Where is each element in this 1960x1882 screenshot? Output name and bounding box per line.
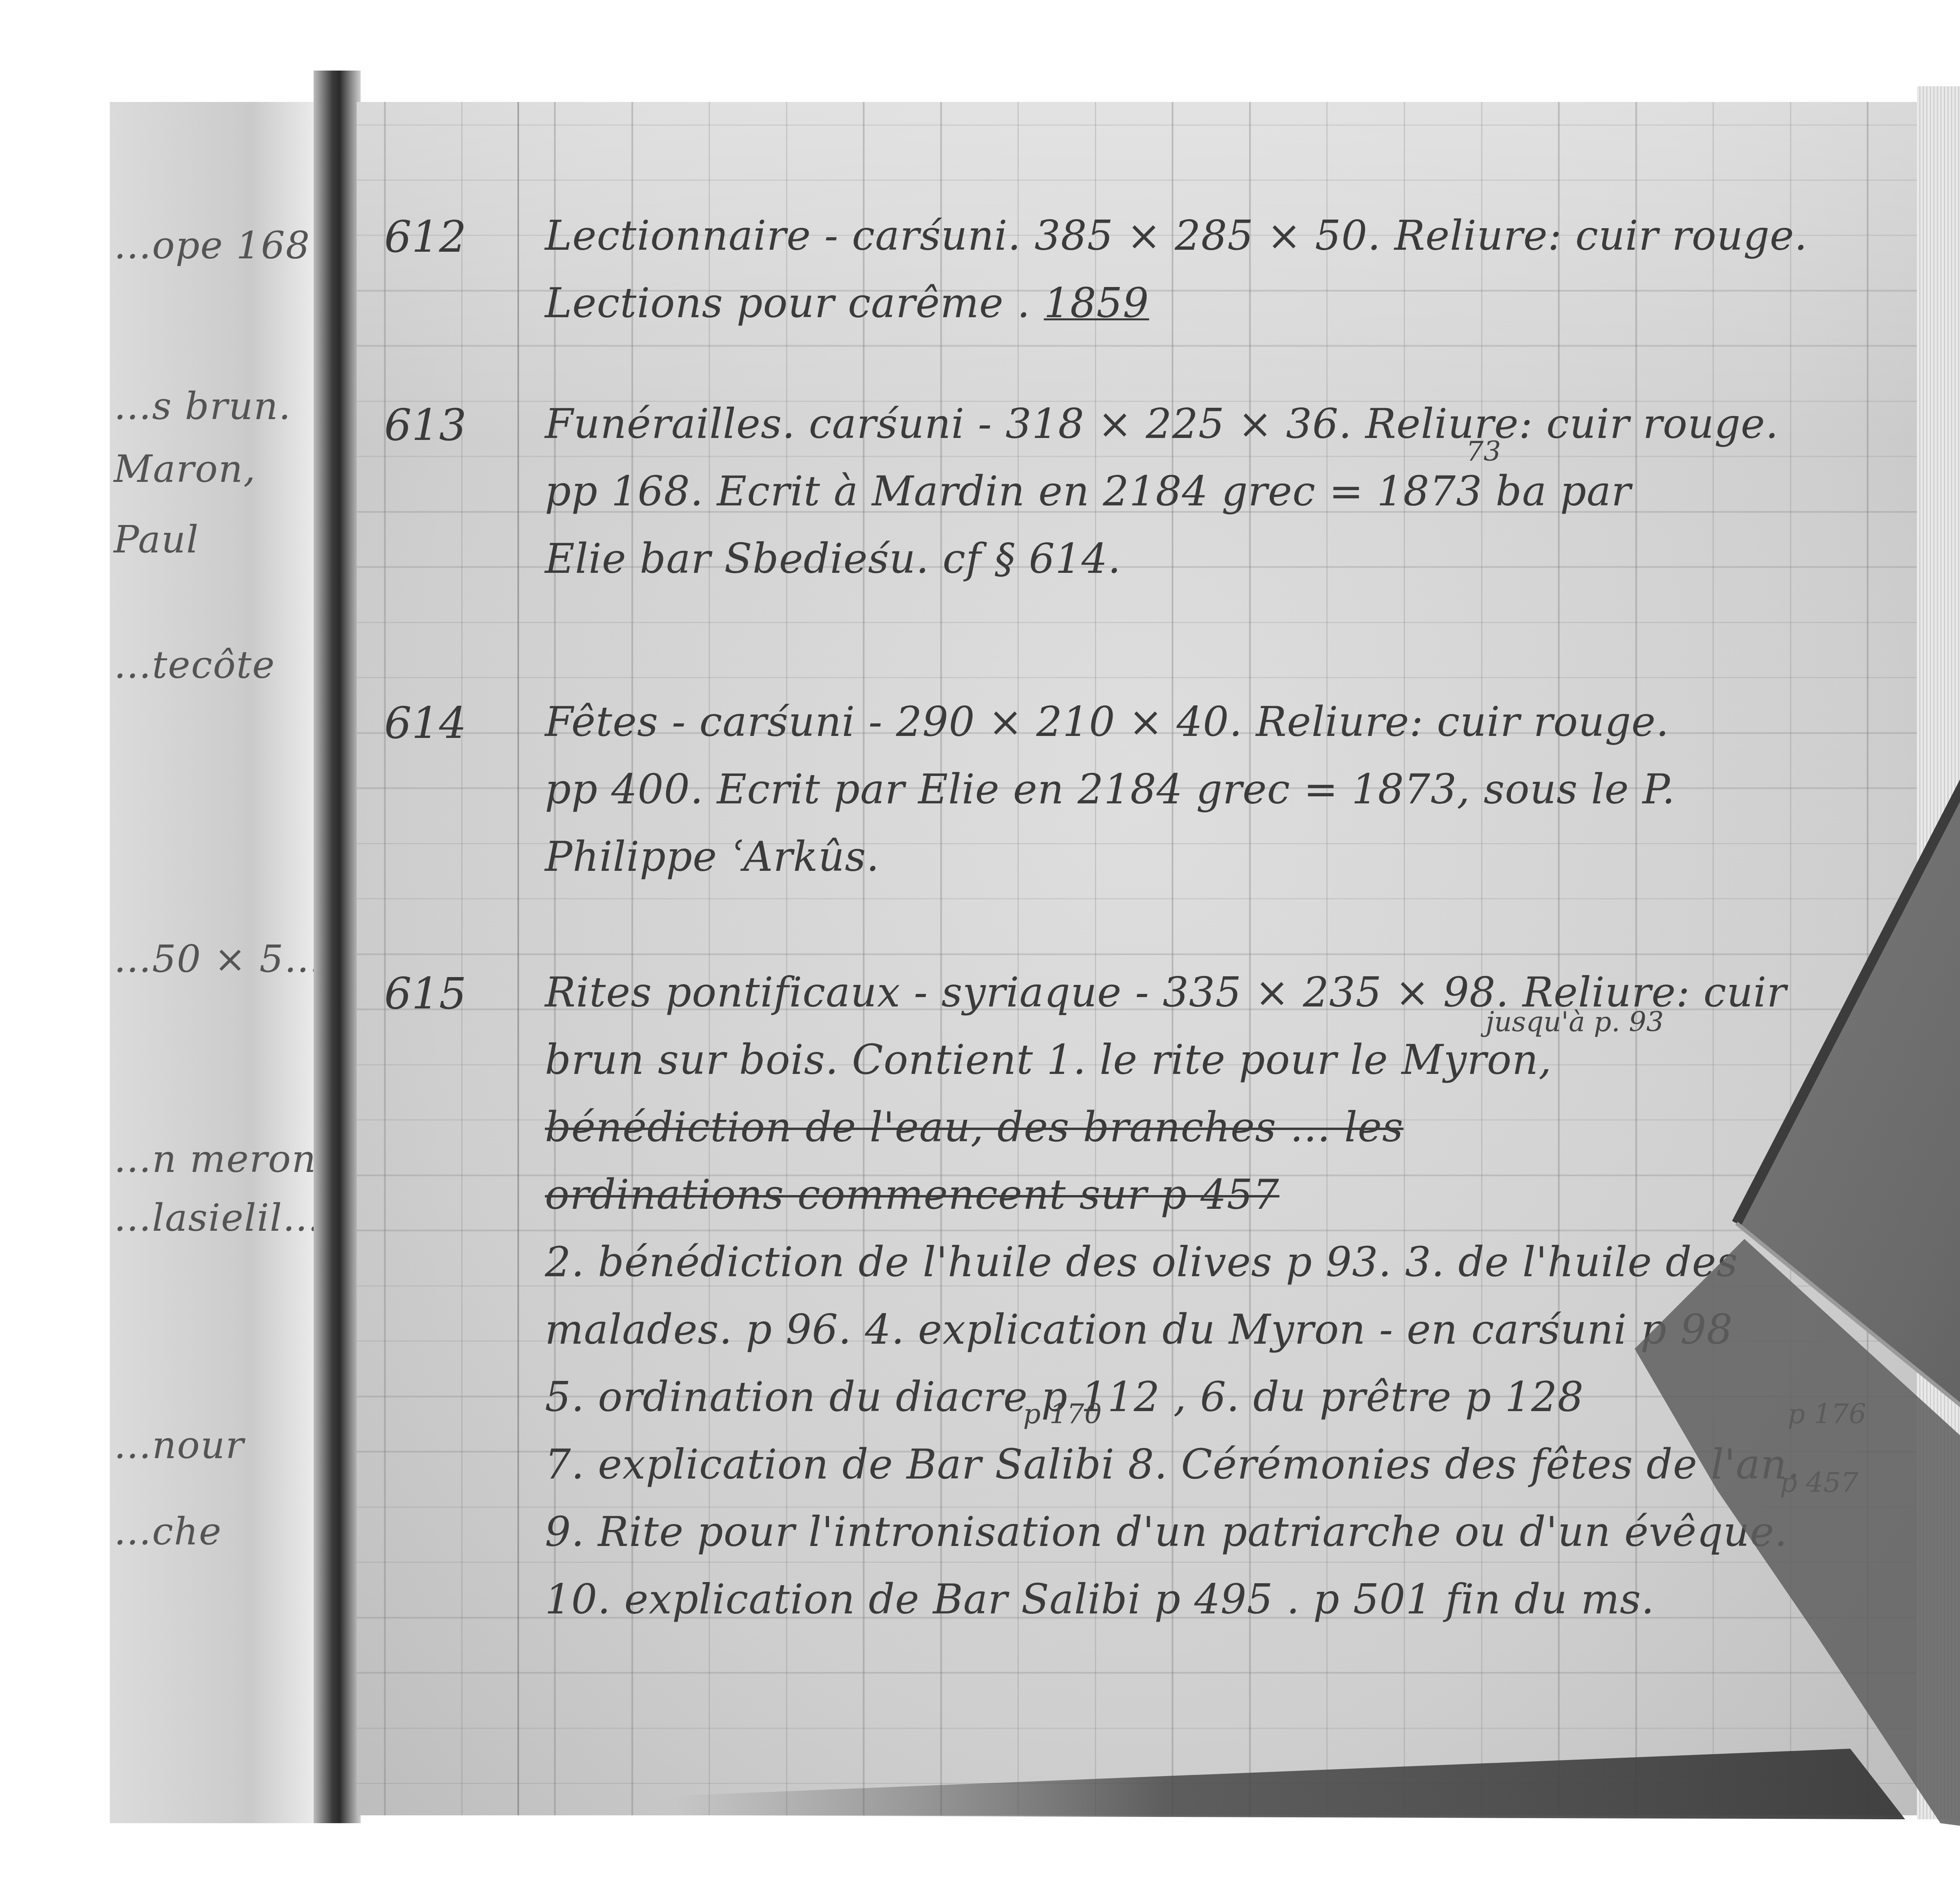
entry-line-text: brun sur bois. Contient 1. le rite pour … [545,1036,1552,1084]
left-page-fragment: …50 × 5… [114,937,323,981]
entry-line: brun sur bois. Contient 1. le rite pour … [545,1036,1552,1084]
entry-line-text: Funérailles. carśuni - 318 × 225 × 36. R… [545,400,1779,448]
entry-line-text: 10. explication de Bar Salibi p 495 . p … [545,1575,1655,1623]
notebook-photo: …ope 1687…s brun.Maron,Paul…tecôte…50 × … [0,0,1960,1882]
entry-line: 10. explication de Bar Salibi p 495 . p … [545,1575,1655,1623]
entry-line: Lectionnaire - carśuni. 385 × 285 × 50. … [545,212,1808,260]
entry-line-text: pp 168. Ecrit à Mardin en 2184 grec = 18… [545,467,1631,515]
entry-line-text: malades. p 96. 4. explication du Myron -… [545,1306,1733,1353]
entry-line-text: Lectionnaire - carśuni. 385 × 285 × 50. … [545,212,1808,260]
grid-vertical-lines [357,102,1917,1815]
left-page-fragment: …ope 1687 [114,223,335,267]
struck-entry-line: bénédiction de l'eau, des branches … les [545,1103,1403,1151]
left-page-fragment: …che [114,1510,222,1553]
entry-line-text: 9. Rite pour l'intronisation d'un patria… [545,1508,1788,1556]
entry-number: 615 [384,968,466,1019]
entry-number: 613 [384,400,466,450]
left-page-fragment: …lasielil… [114,1196,321,1240]
margin-note: p 457 [1780,1466,1858,1499]
entry-line: 7. explication de Bar Salibi 8. Cérémoni… [545,1441,1800,1488]
page-stack-edge [1917,86,1960,1819]
entry-line-text: 7. explication de Bar Salibi 8. Cérémoni… [545,1441,1800,1488]
margin-note: p 170 [1023,1398,1102,1430]
entry-line: Elie bar Sbedieśu. cf § 614. [545,535,1121,583]
entry-number: 614 [384,698,466,748]
entry-line-text: ordinations commencent sur p 457 [545,1171,1279,1219]
left-page-fragment: Maron, [114,447,256,491]
entry-line: 2. bénédiction de l'huile des olives p 9… [545,1238,1738,1286]
entry-line-text: pp 400. Ecrit par Elie en 2184 grec = 18… [545,765,1675,813]
entry-line-text: Fêtes - carśuni - 290 × 210 × 40. Reliur… [545,698,1669,746]
left-page-fragment: …nour [114,1423,244,1467]
entry-number: 612 [384,212,466,262]
left-page: …ope 1687…s brun.Maron,Paul…tecôte…50 × … [110,102,314,1823]
entry-line-text: bénédiction de l'eau, des branches … les [545,1103,1403,1151]
entry-line-text: Lections pour carême . [545,279,1044,327]
entry-line: malades. p 96. 4. explication du Myron -… [545,1306,1733,1353]
margin-line [517,102,519,1815]
entry-line: Fêtes - carśuni - 290 × 210 × 40. Reliur… [545,698,1669,746]
grid-horizontal-lines [357,102,1917,1815]
struck-entry-line: ordinations commencent sur p 457 [545,1171,1279,1219]
entry-line: Lections pour carême . 1859 [545,279,1149,327]
entry-line-text: Elie bar Sbedieśu. cf § 614. [545,535,1121,583]
entry-line: pp 400. Ecrit par Elie en 2184 grec = 18… [545,765,1675,813]
entry-line-text: 2. bénédiction de l'huile des olives p 9… [545,1238,1738,1286]
book-binding [314,71,361,1823]
entry-line: pp 168. Ecrit à Mardin en 2184 grec = 18… [545,467,1631,515]
left-page-fragments: …ope 1687…s brun.Maron,Paul…tecôte…50 × … [110,102,314,1823]
left-page-fragment: Paul [114,518,199,561]
entry-line-text: Philippe ʿArkûs. [545,833,880,881]
left-page-fragment: …tecôte [114,643,275,687]
margin-note: jusqu'à p. 93 [1486,1006,1664,1038]
entry-line: Funérailles. carśuni - 318 × 225 × 36. R… [545,400,1779,448]
entry-line: 9. Rite pour l'intronisation d'un patria… [545,1508,1788,1556]
left-page-fragment: …s brun. [114,384,291,428]
entry-line: Philippe ʿArkûs. [545,833,880,881]
correction-note: 73 [1466,435,1501,467]
left-page-fragment: …n meron [114,1137,317,1181]
margin-note: p 176 [1788,1398,1866,1430]
underlined-year: 1859 [1044,279,1149,327]
notebook-page: 612Lectionnaire - carśuni. 385 × 285 × 5… [357,102,1917,1815]
